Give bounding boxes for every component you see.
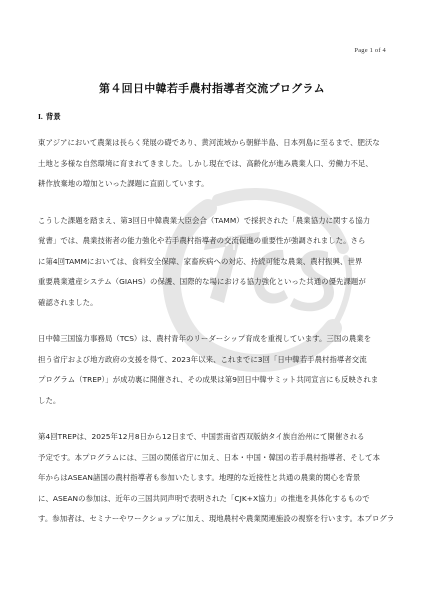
section-title: 背景 [46,112,61,121]
text-line: 覚書」では、農業技術者の能力強化や若手農村指導者の交流促進の重要性が強調されまし… [38,231,388,252]
document-title: 第４回日中韓若手農村指導者交流プログラム [0,80,424,96]
text-line: 土地と多様な自然環境に育まれてきました。しかし現在では、高齢化が進み農業人口、労… [38,154,388,175]
text-line: 東アジアにおいて農業は長らく発展の礎であり、黄河流域から朝鮮半島、日本列島に至る… [38,133,388,154]
text-line: 重要農業遺産システム（GIAHS）の保護、国際的な場における協力強化といった共通… [38,272,388,293]
text-line: に、ASEANの参加は、近年の三国共同声明で表明された「CJK+X協力」の推進を… [38,489,388,510]
text-line: 耕作放棄地の増加といった課題に直面しています。 [38,174,388,195]
text-line: 年からはASEAN諸国の農村指導者も参加いたします。地理的な近接性と共通の農業的… [38,468,388,489]
text-line: した。 [38,391,388,412]
section-number: I. [38,112,43,121]
text-line: に第4回TAMMにおいては、食料安全保障、家畜疾病への対応、持続可能な農業、農村… [38,252,388,273]
section-body: 東アジアにおいて農業は長らく発展の礎であり、黄河流域から朝鮮半島、日本列島に至る… [38,133,388,546]
text-line: こうした課題を踏まえ、第3回日中韓農業大臣会合（TAMM）で採択された「農業協力… [38,211,388,232]
paragraph-2: こうした課題を踏まえ、第3回日中韓農業大臣会合（TAMM）で採択された「農業協力… [38,211,388,314]
paragraph-3: 日中韓三国協力事務局（TCS）は、農村青年のリーダーシップ育成を重視しています。… [38,329,388,411]
paragraph-4: 第4回TREPは、2025年12月8日から12日まで、中国雲南省西双版納タイ族自… [38,427,388,530]
paragraph-1: 東アジアにおいて農業は長らく発展の礎であり、黄河流域から朝鮮半島、日本列島に至る… [38,133,388,195]
text-line: 予定です。本プログラムには、三国の関係省庁に加え、日本・中国・韓国の若手農村指導… [38,448,388,469]
text-line: 担う省庁および地方政府の支援を得て、2023年以来、これまでに3回「日中韓若手農… [38,350,388,371]
text-line: 第4回TREPは、2025年12月8日から12日まで、中国雲南省西双版納タイ族自… [38,427,388,448]
text-line: 日中韓三国協力事務局（TCS）は、農村青年のリーダーシップ育成を重視しています。… [38,329,388,350]
section-heading-background: I.背景 [38,111,61,122]
page-indicator: Page 1 of 4 [354,47,386,54]
text-line: す。参加者は、セミナーやワークショップに加え、現地農村や農業関連施設の視察を行い… [38,509,388,530]
text-line: プログラム（TREP）」が成功裏に開催され、その成果は第9回日中韓サミット共同宣… [38,370,388,391]
text-line: 確認されました。 [38,293,388,314]
